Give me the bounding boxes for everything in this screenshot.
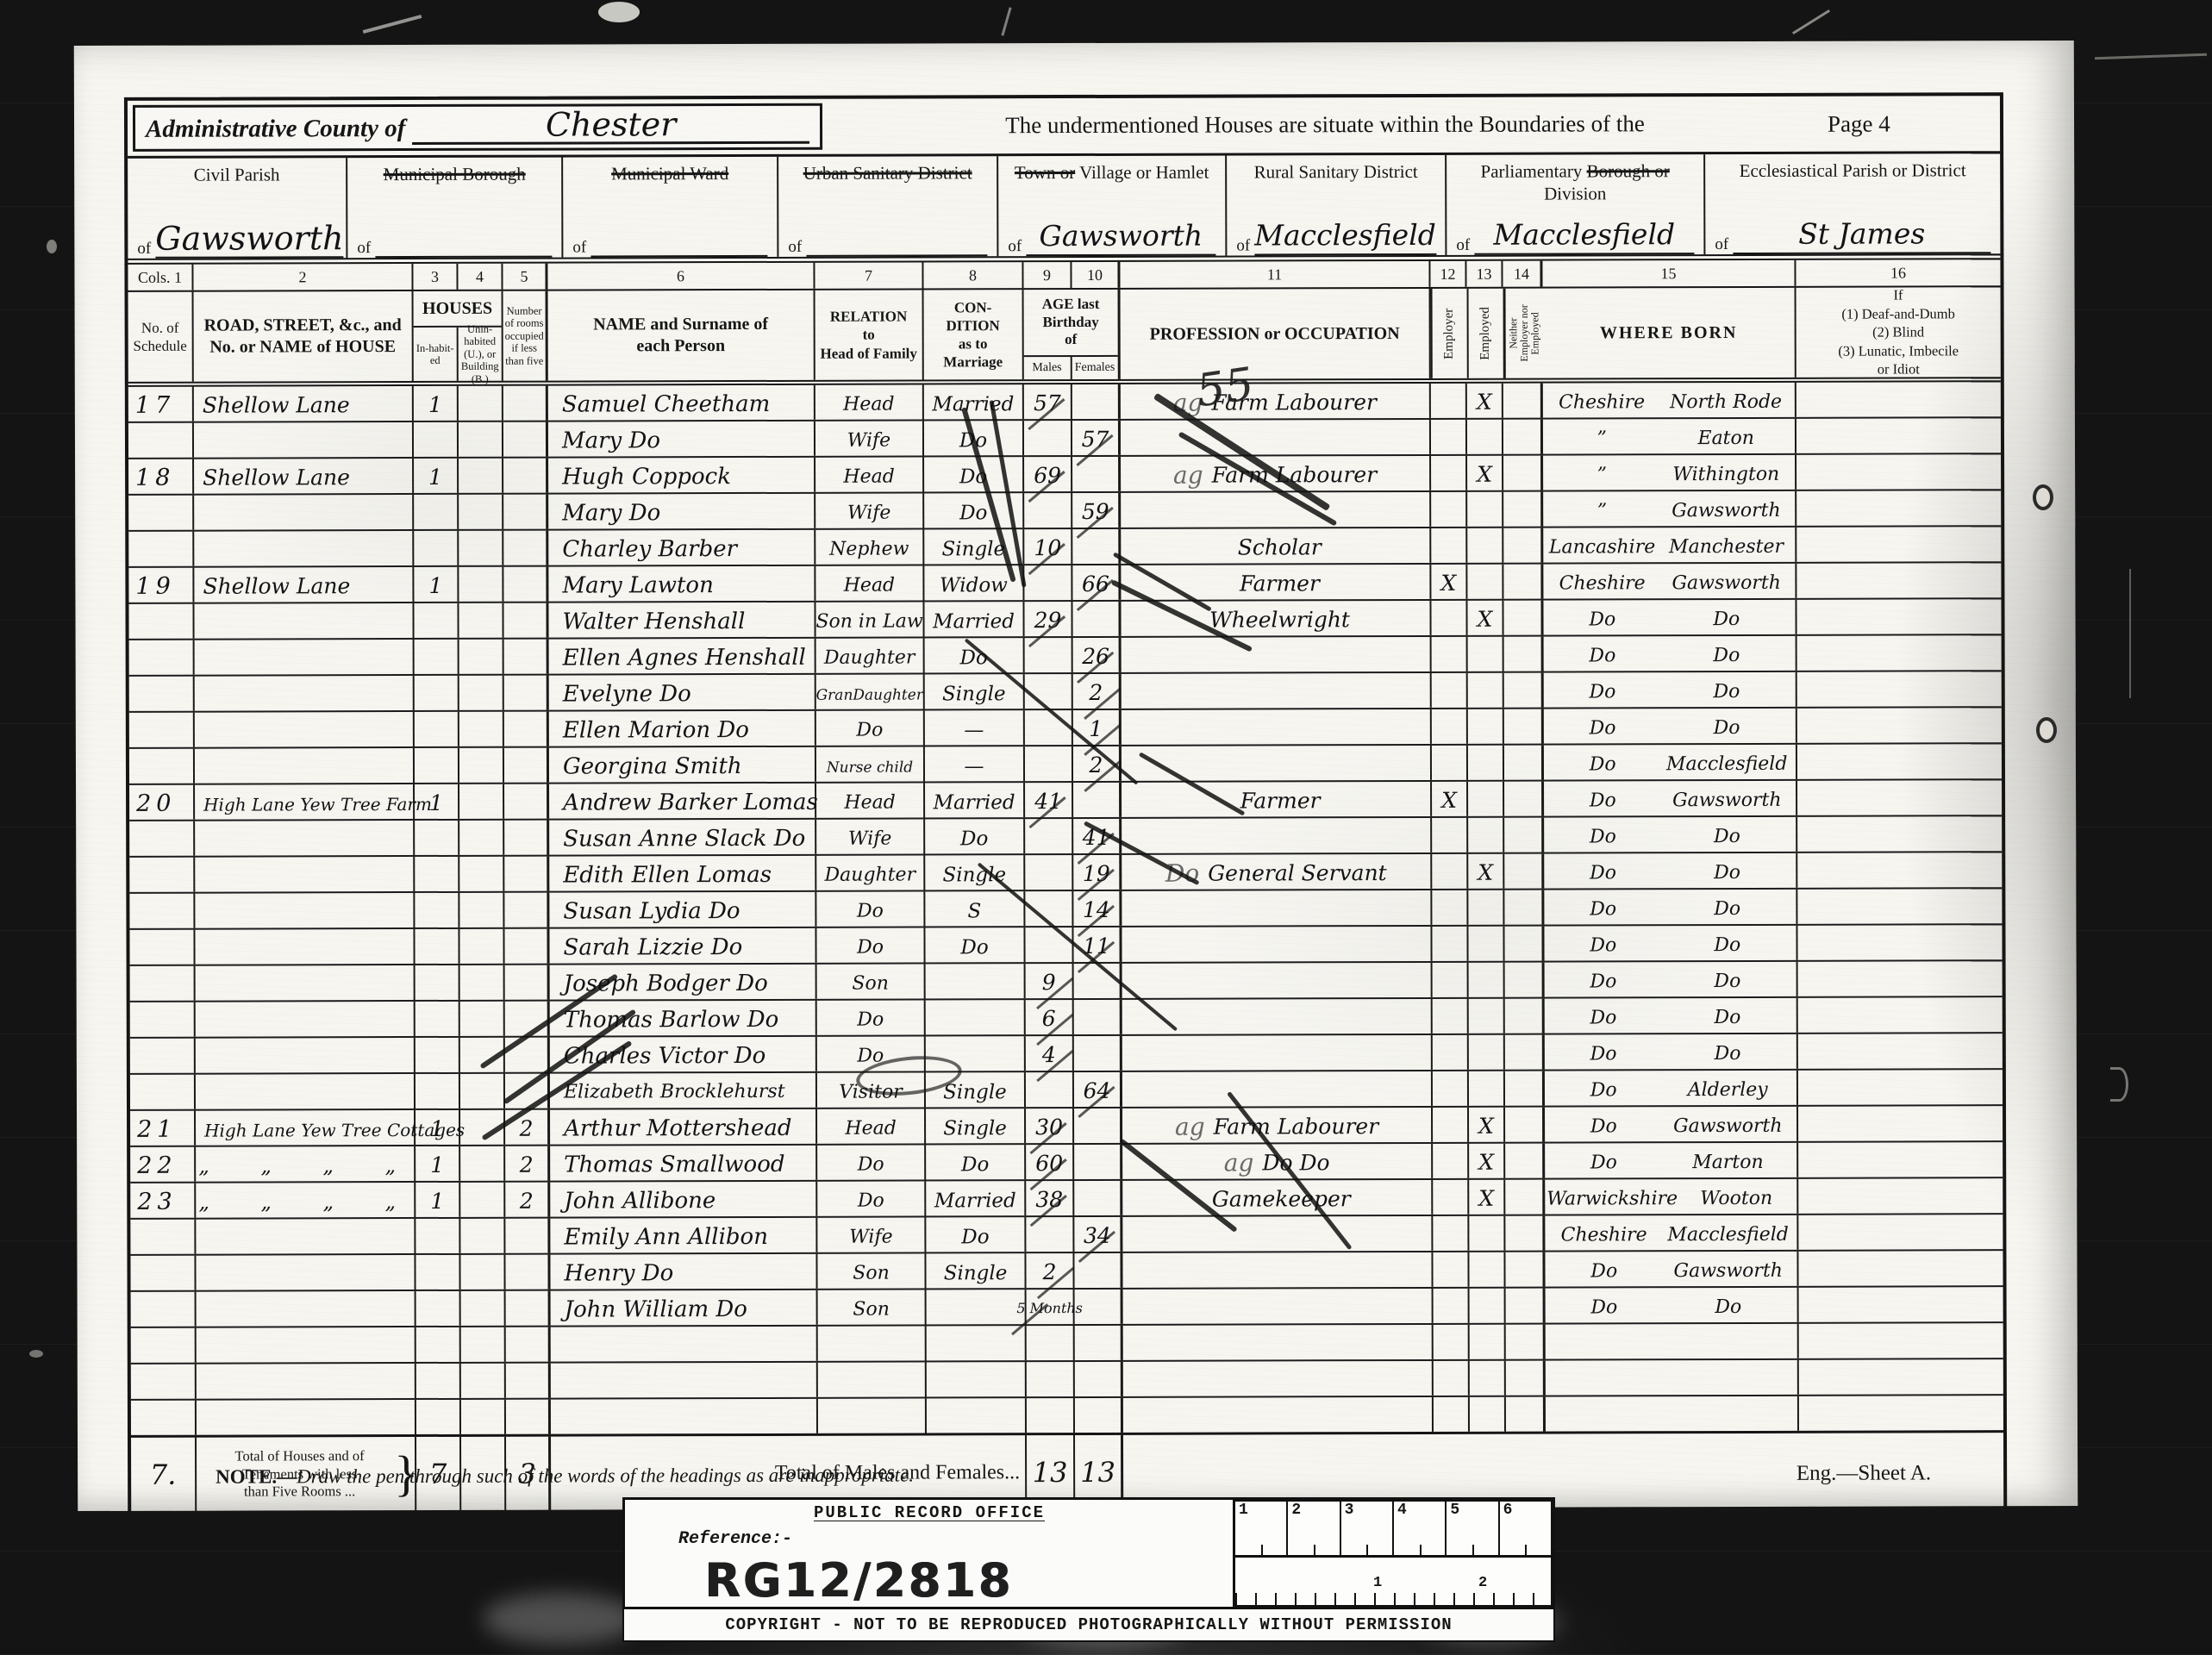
cell-employed-mark	[1470, 1289, 1506, 1323]
cell-inhabited	[416, 1038, 460, 1072]
column-number: 2	[193, 264, 413, 290]
cell-uninhabited	[459, 857, 504, 891]
cell-employer-mark	[1432, 927, 1468, 961]
cell-employed-mark	[1468, 673, 1504, 708]
cell-person-name: Walter Henshall	[548, 603, 815, 638]
cell-occupation	[1121, 492, 1431, 528]
cell-relation: Head	[815, 457, 924, 491]
cell-uninhabited	[459, 531, 503, 565]
cell-age-male: 57	[1024, 384, 1072, 419]
cell-employer-mark: X	[1431, 565, 1467, 599]
record-row: Evelyne DoGranDaughterSingle2DoDo	[129, 671, 2002, 713]
scan-scratch	[1001, 7, 1011, 36]
cell-employer-mark	[1431, 384, 1467, 418]
cell-employed-mark	[1469, 999, 1505, 1034]
column-number: 8	[923, 262, 1023, 288]
punch-hole	[2033, 484, 2053, 510]
cell-relation: Son	[818, 1290, 927, 1324]
born-county-value: Do	[1546, 678, 1660, 707]
cell-inhabited: 1	[416, 1146, 460, 1181]
cell-employer-mark	[1433, 1180, 1469, 1215]
cell-where-born: CheshireMacclesfield	[1545, 1215, 1798, 1251]
cell-occupation	[1122, 746, 1432, 781]
cell-age-male: 5 Months	[1027, 1290, 1075, 1324]
header-houses-group: HOUSES In-habit-ed Unin-habited (U.), or…	[414, 291, 503, 381]
cell-employer-mark	[1433, 1252, 1469, 1287]
scan-scratch	[47, 240, 57, 253]
cell-neither-mark	[1503, 456, 1543, 490]
cell-road-name: „ „ „ „	[196, 1146, 416, 1182]
born-place-value: Do	[1660, 967, 1795, 996]
record-row: John William DoSon5 MonthsDoDo	[131, 1287, 2003, 1328]
of-label: of	[1236, 236, 1250, 255]
cell-condition: —	[925, 710, 1025, 745]
cell-road-name	[196, 1074, 416, 1109]
cell-relation	[818, 1398, 927, 1433]
district-cell: Urban Sanitary Districtof	[778, 156, 998, 257]
cell-inhabited	[414, 495, 459, 529]
cell-age-female: 59	[1072, 493, 1121, 528]
cell-infirmity	[1798, 961, 2003, 996]
cell-inhabited	[414, 531, 459, 565]
column-number: 9	[1023, 262, 1072, 288]
cell-age-female	[1075, 1398, 1123, 1433]
born-county-value: Do	[1547, 1148, 1661, 1177]
cell-person-name: Susan Anne Slack Do	[549, 820, 816, 855]
scanned-census-page: { "page": { "county_label": "Administrat…	[0, 0, 2212, 1655]
cell-age-male: 9	[1026, 964, 1074, 998]
born-county-value: Do	[1547, 1076, 1661, 1105]
cell-neither-mark	[1506, 1361, 1546, 1396]
cell-employed-mark	[1468, 637, 1504, 671]
cell-neither-mark	[1504, 818, 1544, 852]
cell-inhabited: 1	[416, 1183, 460, 1217]
cell-road-name	[195, 712, 415, 747]
cell-inhabited: 1	[414, 459, 459, 493]
born-place-value: Alderley	[1660, 1076, 1795, 1105]
cell-schedule-number: 17	[128, 387, 194, 422]
cell-where-born: DoGawsworth	[1544, 781, 1797, 816]
column-number: 4	[458, 264, 503, 290]
header-neither: Neither Employer nor Employed	[1503, 289, 1543, 378]
header-name: NAME and Surname of each Person	[548, 290, 815, 381]
header-condition: CON- DITION as to Marriage	[924, 290, 1024, 379]
district-label-struck: Borough or	[1587, 160, 1670, 181]
born-place-value: Do	[1660, 895, 1795, 924]
cell-neither-mark	[1506, 1397, 1546, 1432]
header-infirmity: If(1) Deaf-and-Dumb(2) Blind(3) Lunatic,…	[1796, 287, 2001, 378]
sheet-label: Eng.—Sheet A.	[1796, 1461, 1931, 1485]
cell-age-male: 30	[1026, 1109, 1074, 1143]
cell-infirmity	[1797, 635, 2002, 671]
cell-schedule-number: 23	[130, 1183, 196, 1218]
cell-where-born: DoDo	[1544, 853, 1797, 889]
born-place-value: Do	[1659, 641, 1794, 671]
cell-infirmity	[1796, 454, 2001, 490]
age-male-value: 5 Months	[1016, 1293, 1083, 1324]
district-label-pre: Ecclesiastical Parish or District	[1740, 159, 1966, 181]
boundaries-text: The undermentioned Houses are situate wi…	[822, 97, 1828, 154]
cell-schedule-number	[130, 1075, 196, 1109]
cell-condition	[927, 1362, 1027, 1396]
scan-scratch	[2110, 1067, 2128, 1102]
cell-occupation: Gamekeeper	[1122, 1180, 1433, 1215]
born-county-value: Do	[1546, 859, 1660, 888]
cell-employer-mark	[1434, 1325, 1470, 1359]
cell-infirmity	[1796, 418, 2001, 453]
cell-uninhabited	[460, 1183, 505, 1217]
cell-schedule-number	[130, 1220, 196, 1254]
cell-where-born	[1546, 1360, 1799, 1396]
cell-condition	[926, 964, 1026, 998]
header-rooms: Number of rooms occupied if less than fi…	[503, 291, 548, 381]
district-value-handwritten: Gawsworth	[1039, 219, 1203, 253]
cell-neither-mark	[1503, 384, 1543, 418]
born-county-value: Do	[1546, 931, 1660, 960]
cell-infirmity	[1798, 997, 2003, 1033]
cell-infirmity	[1798, 1034, 2003, 1069]
cell-person-name: Arthur Mottershead	[550, 1109, 817, 1145]
district-label-struck: Urban Sanitary District	[803, 162, 972, 184]
born-county-value: Do	[1545, 605, 1659, 634]
cell-road-name	[196, 1038, 416, 1073]
cell-schedule-number	[131, 1292, 197, 1327]
born-place-value: Do	[1660, 859, 1795, 888]
cell-uninhabited	[459, 748, 504, 783]
column-number: 3	[413, 264, 458, 290]
cell-road-name	[194, 422, 414, 458]
district-label: Municipal Ward	[567, 162, 772, 185]
record-row: Henry DoSonSingle2DoGawsworth	[130, 1251, 2003, 1292]
header-inhabited: In-habit-ed	[414, 328, 459, 381]
age-female-value: 57	[1082, 424, 1109, 455]
district-label: Town or Village or Hamlet	[1003, 161, 1221, 184]
born-county-value: Do	[1546, 750, 1660, 779]
cell-neither-mark	[1505, 1144, 1545, 1178]
cell-employer-mark	[1432, 746, 1468, 780]
cell-age-male	[1027, 1362, 1075, 1396]
record-row: 19Shellow Lane1Mary LawtonHeadWidow66Far…	[128, 563, 2001, 604]
cell-employer-mark	[1433, 963, 1469, 997]
cell-inhabited: 1	[414, 567, 459, 602]
cell-occupation	[1122, 963, 1433, 998]
cell-inhabited	[415, 676, 459, 710]
age-female-value: 59	[1082, 496, 1109, 528]
cell-rooms	[504, 857, 549, 891]
cell-inhabited: 1	[416, 1110, 460, 1145]
cell-age-male	[1025, 710, 1073, 745]
cell-employed-mark: X	[1469, 1108, 1505, 1142]
record-row: Ellen Marion DoDo—1DoDo	[129, 708, 2002, 749]
cell-rooms	[504, 821, 549, 855]
born-county-value: Warwickshire	[1547, 1184, 1678, 1214]
ruler-inch-number: 1	[1373, 1575, 1382, 1591]
cell-inhabited	[416, 1219, 460, 1253]
cell-inhabited	[416, 1327, 461, 1362]
cell-where-born: DoDo	[1544, 890, 1797, 925]
cell-age-male	[1027, 1398, 1075, 1433]
cell-neither-mark	[1503, 420, 1543, 454]
cell-infirmity	[1798, 1178, 2003, 1214]
cell-employer-mark	[1431, 528, 1467, 563]
cell-rooms	[506, 1400, 551, 1434]
cell-occupation	[1122, 890, 1432, 926]
cell-schedule-number	[130, 1039, 196, 1073]
district-value-handwritten: Gawsworth	[155, 219, 343, 258]
cell-relation: Do	[817, 1181, 926, 1215]
cell-employer-mark	[1432, 709, 1468, 744]
pencil-annotation: ag	[1175, 1112, 1205, 1143]
cell-road-name: Shellow Lane	[194, 386, 414, 422]
cell-employer-mark	[1432, 818, 1468, 852]
cell-rooms	[505, 1219, 550, 1253]
cell-where-born: CheshireGawsworth	[1543, 564, 1796, 599]
cell-rooms	[506, 1291, 551, 1326]
cell-uninhabited	[459, 784, 504, 819]
column-number: 13	[1466, 261, 1503, 287]
cell-infirmity	[1797, 816, 2002, 852]
cell-person-name: Evelyne Do	[549, 675, 816, 710]
county-box: Administrative County of Chester	[133, 103, 822, 152]
cell-inhabited	[415, 929, 459, 964]
cell-where-born: DoGawsworth	[1545, 1252, 1798, 1287]
district-header-row: Civil ParishofGawsworthMunicipal Borough…	[128, 153, 2000, 265]
cell-employed-mark	[1469, 1216, 1505, 1251]
scan-smudge	[483, 1593, 638, 1645]
age-female-value: 66	[1082, 569, 1109, 600]
cell-age-male	[1027, 1326, 1075, 1360]
cell-neither-mark	[1505, 999, 1545, 1034]
cell-relation	[818, 1326, 927, 1360]
born-county-value: Cheshire	[1545, 569, 1659, 598]
cell-road-name: Shellow Lane	[194, 567, 414, 603]
cell-employer-mark	[1431, 420, 1467, 454]
cell-schedule-number	[129, 713, 195, 747]
cell-relation: Do	[817, 1145, 926, 1179]
cell-where-born: WarwickshireWooton	[1545, 1179, 1798, 1215]
cell-age-female: 1	[1073, 710, 1122, 745]
cell-age-male: 4	[1026, 1036, 1074, 1071]
cell-rooms	[505, 1002, 550, 1036]
cell-inhabited	[416, 1400, 461, 1434]
cell-uninhabited	[460, 1255, 505, 1290]
cell-neither-mark	[1505, 1252, 1545, 1287]
column-number: Cols. 1	[128, 265, 193, 290]
cell-employer-mark	[1433, 1108, 1469, 1142]
cell-infirmity	[1796, 563, 2001, 598]
record-row: Charley BarberNephewSingle10ScholarLanca…	[128, 527, 2001, 568]
cell-neither-mark	[1505, 963, 1545, 997]
cell-infirmity	[1799, 1287, 2003, 1322]
cell-occupation	[1122, 709, 1432, 745]
cell-road-name	[195, 676, 415, 711]
cell-where-born: DoDo	[1544, 817, 1797, 852]
cell-person-name: Ellen Agnes Henshall	[549, 639, 816, 674]
born-place-value: Do	[1659, 678, 1794, 707]
cell-road-name	[196, 1002, 416, 1037]
cell-schedule-number	[128, 532, 194, 566]
cell-where-born: DoMacclesfield	[1544, 745, 1797, 780]
cell-employed-mark	[1470, 1397, 1506, 1432]
record-row	[131, 1323, 2003, 1365]
cell-employer-mark	[1432, 854, 1468, 889]
of-label: of	[137, 240, 151, 259]
header-employer: Employer	[1431, 289, 1467, 378]
cell-uninhabited	[461, 1327, 506, 1362]
cell-road-name: High Lane Yew Tree Farm	[195, 784, 415, 820]
cell-person-name: Henry Do	[550, 1254, 817, 1290]
cell-rooms	[504, 784, 549, 819]
record-row: Charles Victor DoDo4DoDo	[130, 1034, 2003, 1075]
cell-infirmity	[1797, 744, 2002, 779]
cell-road-name	[194, 603, 414, 639]
cell-rooms	[506, 1327, 551, 1362]
record-row: 17Shellow Lane1Samuel CheethamHeadMarrie…	[128, 382, 2001, 423]
born-place-value: Withington	[1659, 460, 1794, 490]
cell-uninhabited	[461, 1400, 506, 1434]
cell-age-male: 6	[1026, 1000, 1074, 1034]
cell-relation: Son	[817, 964, 926, 998]
district-label-pre: Civil Parish	[194, 164, 280, 184]
age-male-value: 69	[1034, 460, 1061, 491]
cell-relation: Head	[815, 384, 924, 419]
cell-road-name	[195, 893, 415, 928]
county-label: Administrative County of	[146, 115, 405, 146]
cell-uninhabited	[459, 567, 503, 602]
cell-road-name	[197, 1364, 416, 1399]
cell-occupation	[1122, 1035, 1433, 1071]
copyright-notice: COPYRIGHT - NOT TO BE REPRODUCED PHOTOGR…	[624, 1607, 1553, 1640]
header-schedule: No. of Schedule	[128, 292, 194, 382]
cell-infirmity	[1797, 708, 2002, 743]
of-label: of	[1456, 236, 1470, 255]
ruler-cm-number: 1	[1235, 1502, 1288, 1555]
scan-scratch	[2095, 53, 2207, 60]
cell-rooms	[503, 459, 548, 493]
cell-schedule-number	[128, 423, 194, 458]
cell-age-male: 10	[1024, 529, 1072, 564]
cell-rooms	[504, 712, 549, 746]
cell-infirmity	[1799, 1323, 2003, 1358]
cell-inhabited	[415, 821, 459, 855]
ruler-cm-number: 2	[1288, 1502, 1340, 1555]
cell-occupation: Scholar	[1121, 528, 1431, 564]
cell-employer-mark	[1432, 673, 1468, 708]
born-county-value: Do	[1546, 714, 1660, 743]
record-row: Georgina SmithNurse child—2DoMacclesfiel…	[129, 744, 2002, 785]
cell-schedule-number: 18	[128, 459, 194, 494]
born-county-value: Lancashire	[1545, 533, 1659, 562]
cell-occupation	[1122, 999, 1433, 1034]
district-cell: Ecclesiastical Parish or DistrictofSt Ja…	[1705, 153, 2000, 254]
cell-condition: S	[925, 891, 1025, 926]
cell-road-name	[195, 640, 415, 675]
cell-where-born: ”Eaton	[1543, 419, 1796, 454]
occupation-value: Gamekeeper	[1212, 1183, 1351, 1215]
district-value-handwritten: Macclesfield	[1254, 218, 1436, 253]
age-female-value: 34	[1084, 1221, 1111, 1252]
age-male-value: 6	[1042, 1003, 1056, 1034]
cell-employed-mark: X	[1467, 601, 1503, 635]
footnote: NOTE.—Draw the pen through such of the w…	[216, 1464, 914, 1489]
born-county-value: Do	[1546, 822, 1660, 852]
cell-person-name: John Allibone	[550, 1182, 817, 1217]
cell-employed-mark	[1469, 1071, 1505, 1106]
cell-inhabited	[414, 422, 459, 457]
cell-road-name	[194, 531, 414, 566]
cell-relation: Head	[817, 1109, 926, 1143]
reference-label: Reference:-	[678, 1529, 792, 1549]
county-value-handwritten: Chester	[412, 107, 809, 145]
district-label: Urban Sanitary District	[783, 161, 992, 184]
cell-employer-mark	[1432, 637, 1468, 671]
age-male-value: 29	[1034, 605, 1062, 636]
born-place-value: Eaton	[1659, 424, 1793, 453]
cell-employer-mark: X	[1432, 782, 1468, 816]
cell-employer-mark	[1432, 890, 1468, 925]
district-value-handwritten: Macclesfield	[1493, 217, 1675, 252]
cell-relation: Son in Law	[815, 602, 924, 636]
header-occupation: PROFESSION or OCCUPATION	[1121, 289, 1431, 379]
cell-employer-mark	[1433, 999, 1469, 1034]
cell-road-name: „ „ „ „	[196, 1183, 416, 1218]
cell-employed-mark	[1468, 709, 1504, 744]
column-number: 12	[1430, 261, 1466, 287]
born-county-value: Do	[1547, 1257, 1661, 1286]
cell-where-born	[1546, 1396, 1799, 1432]
column-number: 7	[815, 262, 923, 288]
age-female-value: 2	[1089, 678, 1103, 709]
cell-condition: —	[925, 746, 1025, 781]
cell-relation: Wife	[815, 421, 924, 455]
cell-condition: Do	[926, 1217, 1026, 1252]
column-number: 6	[547, 263, 815, 290]
cell-schedule-number	[128, 496, 194, 530]
cell-age-female: 64	[1074, 1072, 1122, 1107]
cell-schedule-number	[131, 1328, 197, 1363]
cell-schedule-number	[130, 1002, 196, 1037]
public-record-office-label: PUBLIC RECORD OFFICE	[625, 1503, 1234, 1522]
cell-employer-mark	[1434, 1361, 1470, 1396]
cell-age-male	[1025, 746, 1073, 781]
cell-neither-mark	[1504, 927, 1544, 961]
note-text: Draw the pen through such of the words o…	[297, 1464, 914, 1487]
cell-neither-mark	[1505, 1071, 1545, 1106]
cell-employed-mark	[1469, 1035, 1505, 1070]
of-label: of	[572, 238, 586, 257]
born-county-value: Cheshire	[1545, 388, 1659, 417]
cell-schedule-number: 20	[129, 785, 195, 820]
cell-rooms	[504, 748, 549, 783]
header-males: Males	[1024, 357, 1072, 379]
cell-age-female	[1074, 1036, 1122, 1071]
cell-relation: Wife	[816, 819, 925, 853]
district-label-pre: Rural Sanitary District	[1254, 161, 1418, 182]
cell-condition	[927, 1398, 1027, 1433]
cell-person-name: Emily Ann Allibon	[550, 1218, 817, 1253]
cell-relation: Wife	[815, 493, 924, 528]
born-county-value: Do	[1547, 1040, 1661, 1069]
cell-relation: Do	[816, 927, 925, 962]
born-place-value: Marton	[1661, 1148, 1796, 1177]
cell-occupation: DoGeneral Servant	[1122, 854, 1432, 890]
cell-schedule-number: 19	[128, 568, 194, 603]
cell-condition: Do	[925, 638, 1025, 672]
cell-infirmity	[1797, 671, 2002, 707]
cell-where-born: DoDo	[1544, 672, 1797, 708]
cell-rooms	[504, 893, 549, 927]
cell-inhabited	[415, 748, 459, 783]
